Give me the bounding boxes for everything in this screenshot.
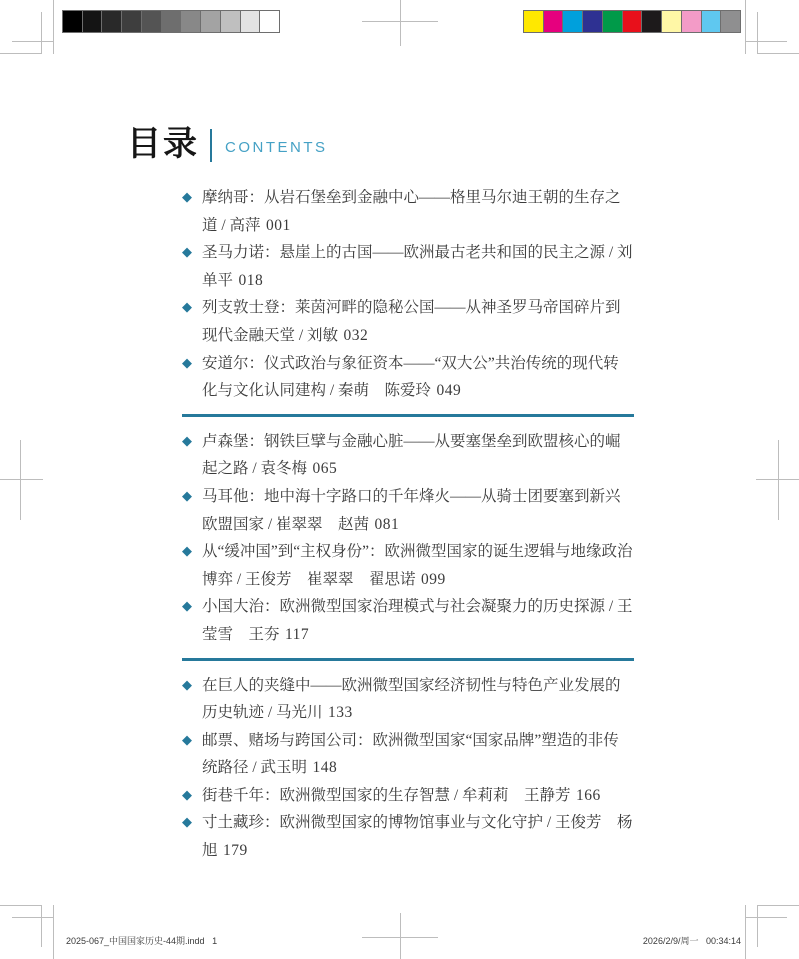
toc-entry: ◆安道尔：仪式政治与象征资本——“双大公”共治传统的现代转化与文化认同建构 / …: [182, 350, 634, 405]
entry-title-authors: 邮票、赌场与跨国公司：欧洲微型国家“国家品牌”塑造的非传统路径 / 武玉明: [202, 732, 619, 777]
entry-title-authors: 安道尔：仪式政治与象征资本——“双大公”共治传统的现代转化与文化认同建构 / 秦…: [202, 355, 619, 400]
diamond-bullet-icon: ◆: [182, 428, 192, 456]
toc-entry: ◆寸土藏珍：欧洲微型国家的博物馆事业与文化守护 / 王俊芳 杨旭179: [182, 809, 634, 864]
diamond-bullet-icon: ◆: [182, 184, 192, 212]
entry-page-number: 179: [223, 842, 248, 859]
crop-mark: [757, 905, 758, 947]
color-swatch: [701, 11, 721, 32]
registration-cross: [400, 0, 401, 46]
toc-entry: ◆马耳他：地中海十字路口的千年烽火——从骑士团要塞到新兴欧盟国家 / 崔翠翠 赵…: [182, 483, 634, 538]
entry-title-authors: 寸土藏珍：欧洲微型国家的博物馆事业与文化守护 / 王俊芳 杨旭: [202, 814, 633, 859]
color-swatch: [582, 11, 602, 32]
color-swatch: [602, 11, 622, 32]
color-swatch: [562, 11, 582, 32]
toc-entry: ◆小国大治：欧洲微型国家治理模式与社会凝聚力的历史探源 / 王莹雪 王夯117: [182, 593, 634, 648]
diamond-bullet-icon: ◆: [182, 809, 192, 837]
entry-page-number: 049: [436, 382, 461, 399]
grayscale-swatch: [141, 11, 161, 32]
crop-mark: [0, 905, 42, 906]
crop-mark: [0, 53, 42, 54]
entry-page-number: 166: [576, 787, 601, 804]
registration-cross: [400, 913, 401, 959]
toc-entry: ◆邮票、赌场与跨国公司：欧洲微型国家“国家品牌”塑造的非传统路径 / 武玉明14…: [182, 727, 634, 782]
grayscale-swatch: [200, 11, 220, 32]
grayscale-swatch: [161, 11, 181, 32]
crop-mark: [12, 41, 54, 42]
entry-title-authors: 从“缓冲国”到“主权身份”：欧洲微型国家的诞生逻辑与地缘政治博弈 / 王俊芳 崔…: [202, 543, 633, 588]
group-divider: [182, 414, 634, 417]
group-divider: [182, 658, 634, 661]
entry-page-number: 133: [328, 704, 353, 721]
crop-mark: [41, 905, 42, 947]
toc-group-1: ◆摩纳哥：从岩石堡垒到金融中心——格里马尔迪王朝的生存之道 / 高萍001 ◆圣…: [182, 184, 634, 405]
entry-page-number: 032: [343, 327, 368, 344]
diamond-bullet-icon: ◆: [182, 593, 192, 621]
cmyk-calibration-bar: [523, 10, 741, 33]
entry-page-number: 018: [238, 272, 263, 289]
diamond-bullet-icon: ◆: [182, 350, 192, 378]
grayscale-calibration-bar: [62, 10, 280, 33]
toc-group-3: ◆在巨人的夹缝中——欧洲微型国家经济韧性与特色产业发展的历史轨迹 / 马光川13…: [182, 672, 634, 865]
registration-cross: [778, 440, 779, 520]
toc-entry: ◆从“缓冲国”到“主权身份”：欧洲微型国家的诞生逻辑与地缘政治博弈 / 王俊芳 …: [182, 538, 634, 593]
diamond-bullet-icon: ◆: [182, 538, 192, 566]
crop-mark: [745, 0, 746, 54]
entry-page-number: 117: [285, 626, 309, 643]
diamond-bullet-icon: ◆: [182, 294, 192, 322]
crop-mark: [745, 41, 787, 42]
registration-cross: [20, 440, 21, 520]
grayscale-swatch: [101, 11, 121, 32]
entry-title-authors: 马耳他：地中海十字路口的千年烽火——从骑士团要塞到新兴欧盟国家 / 崔翠翠 赵茜: [202, 488, 621, 533]
slug-filename: 2025-067_中国国家历史-44期.indd 1: [66, 934, 217, 947]
grayscale-swatch: [259, 11, 279, 32]
entry-title-authors: 小国大治：欧洲微型国家治理模式与社会凝聚力的历史探源 / 王莹雪 王夯: [202, 598, 633, 643]
crop-mark: [745, 917, 787, 918]
color-swatch: [543, 11, 563, 32]
grayscale-swatch: [121, 11, 141, 32]
color-swatch: [661, 11, 681, 32]
entry-title-authors: 在巨人的夹缝中——欧洲微型国家经济韧性与特色产业发展的历史轨迹 / 马光川: [202, 677, 621, 722]
toc-entry: ◆圣马力诺：悬崖上的古国——欧洲最古老共和国的民主之源 / 刘单平018: [182, 239, 634, 294]
crop-mark: [757, 12, 758, 54]
entry-title-authors: 卢森堡：钢铁巨擘与金融心脏——从要塞堡垒到欧盟核心的崛起之路 / 袁冬梅: [202, 433, 621, 478]
page-header: 目录 CONTENTS: [127, 126, 328, 163]
grayscale-swatch: [180, 11, 200, 32]
crop-mark: [41, 12, 42, 54]
toc-list: ◆摩纳哥：从岩石堡垒到金融中心——格里马尔迪王朝的生存之道 / 高萍001 ◆圣…: [182, 184, 634, 865]
color-swatch: [681, 11, 701, 32]
grayscale-swatch: [240, 11, 260, 32]
entry-title-authors: 街巷千年：欧洲微型国家的生存智慧 / 牟莉莉 王静芳: [202, 787, 571, 804]
color-swatch: [524, 11, 543, 32]
registration-cross: [362, 21, 438, 22]
entry-page-number: 081: [374, 516, 399, 533]
print-proof-page: 目录 CONTENTS ◆摩纳哥：从岩石堡垒到金融中心——格里马尔迪王朝的生存之…: [0, 0, 799, 959]
crop-mark: [53, 905, 54, 959]
grayscale-swatch: [82, 11, 102, 32]
diamond-bullet-icon: ◆: [182, 782, 192, 810]
slug-timestamp: 2026/2/9/周一 00:34:14: [643, 934, 741, 947]
crop-mark: [745, 905, 746, 959]
entry-page-number: 065: [312, 460, 337, 477]
entry-title-authors: 摩纳哥：从岩石堡垒到金融中心——格里马尔迪王朝的生存之道 / 高萍: [202, 189, 621, 234]
toc-entry: ◆卢森堡：钢铁巨擘与金融心脏——从要塞堡垒到欧盟核心的崛起之路 / 袁冬梅065: [182, 428, 634, 483]
diamond-bullet-icon: ◆: [182, 239, 192, 267]
page-title-english: CONTENTS: [225, 139, 328, 156]
diamond-bullet-icon: ◆: [182, 727, 192, 755]
color-swatch: [622, 11, 642, 32]
title-divider: [210, 129, 212, 162]
registration-cross: [362, 937, 438, 938]
toc-entry: ◆在巨人的夹缝中——欧洲微型国家经济韧性与特色产业发展的历史轨迹 / 马光川13…: [182, 672, 634, 727]
diamond-bullet-icon: ◆: [182, 672, 192, 700]
grayscale-swatch: [63, 11, 82, 32]
grayscale-swatch: [220, 11, 240, 32]
toc-entry: ◆摩纳哥：从岩石堡垒到金融中心——格里马尔迪王朝的生存之道 / 高萍001: [182, 184, 634, 239]
toc-entry: ◆街巷千年：欧洲微型国家的生存智慧 / 牟莉莉 王静芳166: [182, 782, 634, 810]
toc-group-2: ◆卢森堡：钢铁巨擘与金融心脏——从要塞堡垒到欧盟核心的崛起之路 / 袁冬梅065…: [182, 428, 634, 649]
entry-title-authors: 列支敦士登：莱茵河畔的隐秘公国——从神圣罗马帝国碎片到现代金融天堂 / 刘敏: [202, 299, 621, 344]
entry-page-number: 099: [421, 571, 446, 588]
registration-cross: [756, 479, 799, 480]
crop-mark: [757, 53, 799, 54]
diamond-bullet-icon: ◆: [182, 483, 192, 511]
crop-mark: [12, 917, 54, 918]
color-swatch: [720, 11, 740, 32]
registration-cross: [0, 479, 43, 480]
crop-mark: [53, 0, 54, 54]
entry-page-number: 148: [312, 759, 337, 776]
color-swatch: [641, 11, 661, 32]
entry-title-authors: 圣马力诺：悬崖上的古国——欧洲最古老共和国的民主之源 / 刘单平: [202, 244, 633, 289]
page-title: 目录: [127, 126, 199, 163]
crop-mark: [757, 905, 799, 906]
toc-entry: ◆列支敦士登：莱茵河畔的隐秘公国——从神圣罗马帝国碎片到现代金融天堂 / 刘敏0…: [182, 294, 634, 349]
entry-page-number: 001: [266, 217, 291, 234]
